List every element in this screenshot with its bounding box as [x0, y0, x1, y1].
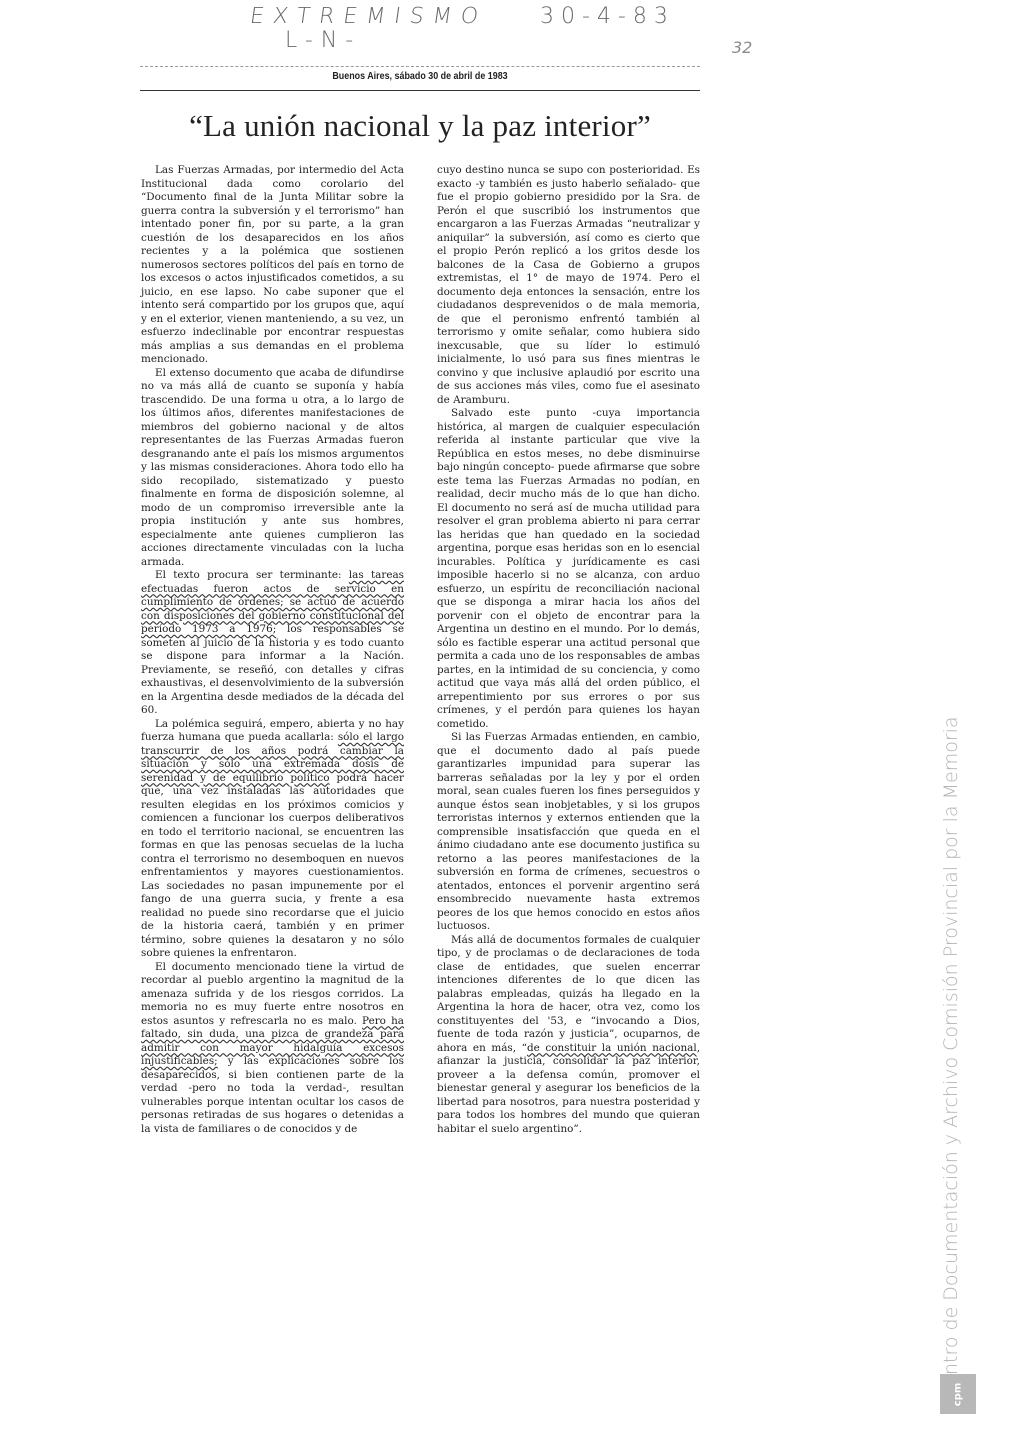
article-column-right: cuyo destino nunca se supo con posterior… — [437, 164, 700, 1136]
handwritten-date: 30-4-83 — [540, 4, 675, 29]
cpm-logo-text: cpm — [952, 1382, 963, 1406]
cpm-logo-icon: cpm — [940, 1374, 976, 1414]
text-run: los responsables se someten al juicio de… — [141, 623, 404, 716]
handwritten-code: L-N- — [285, 28, 361, 53]
paragraph: Las Fuerzas Armadas, por intermedio del … — [141, 164, 404, 367]
archive-watermark: Centro de Documentación y Archivo Comisi… — [940, 716, 962, 1400]
handwritten-page-number: 32 — [732, 38, 752, 57]
paragraph: El documento mencionado tiene la virtud … — [141, 961, 404, 1137]
handwritten-topic: EXTREMISMO — [248, 4, 488, 29]
top-rule — [140, 66, 700, 67]
text-run: podrá hacer que, una vez instaladas las … — [141, 772, 404, 960]
underlined-passage: de constituir la unión nacional — [527, 1042, 697, 1054]
text-run: , afianzar la justicia, consolidar la pa… — [437, 1042, 700, 1135]
paragraph: El extenso documento que acaba de difund… — [141, 367, 404, 570]
paragraph: Salvado este punto -cuya importancia his… — [437, 407, 700, 731]
article-column-left: Las Fuerzas Armadas, por intermedio del … — [141, 164, 404, 1136]
paragraph: Más allá de documentos formales de cualq… — [437, 934, 700, 1137]
article-title: “La unión nacional y la paz interior” — [140, 108, 700, 144]
masthead-rule — [140, 90, 700, 91]
text-run: Más allá de documentos formales de cualq… — [437, 934, 700, 1054]
paragraph: La polémica seguirá, empero, abierta y n… — [141, 718, 404, 961]
paragraph: Si las Fuerzas Armadas entienden, en cam… — [437, 731, 700, 934]
text-run: El texto procura ser terminante: — [155, 569, 349, 581]
paragraph: El texto procura ser terminante: las tar… — [141, 569, 404, 718]
dateline: Buenos Aires, sábado 30 de abril de 1983 — [182, 70, 658, 82]
paragraph: cuyo destino nunca se supo con posterior… — [437, 164, 700, 407]
